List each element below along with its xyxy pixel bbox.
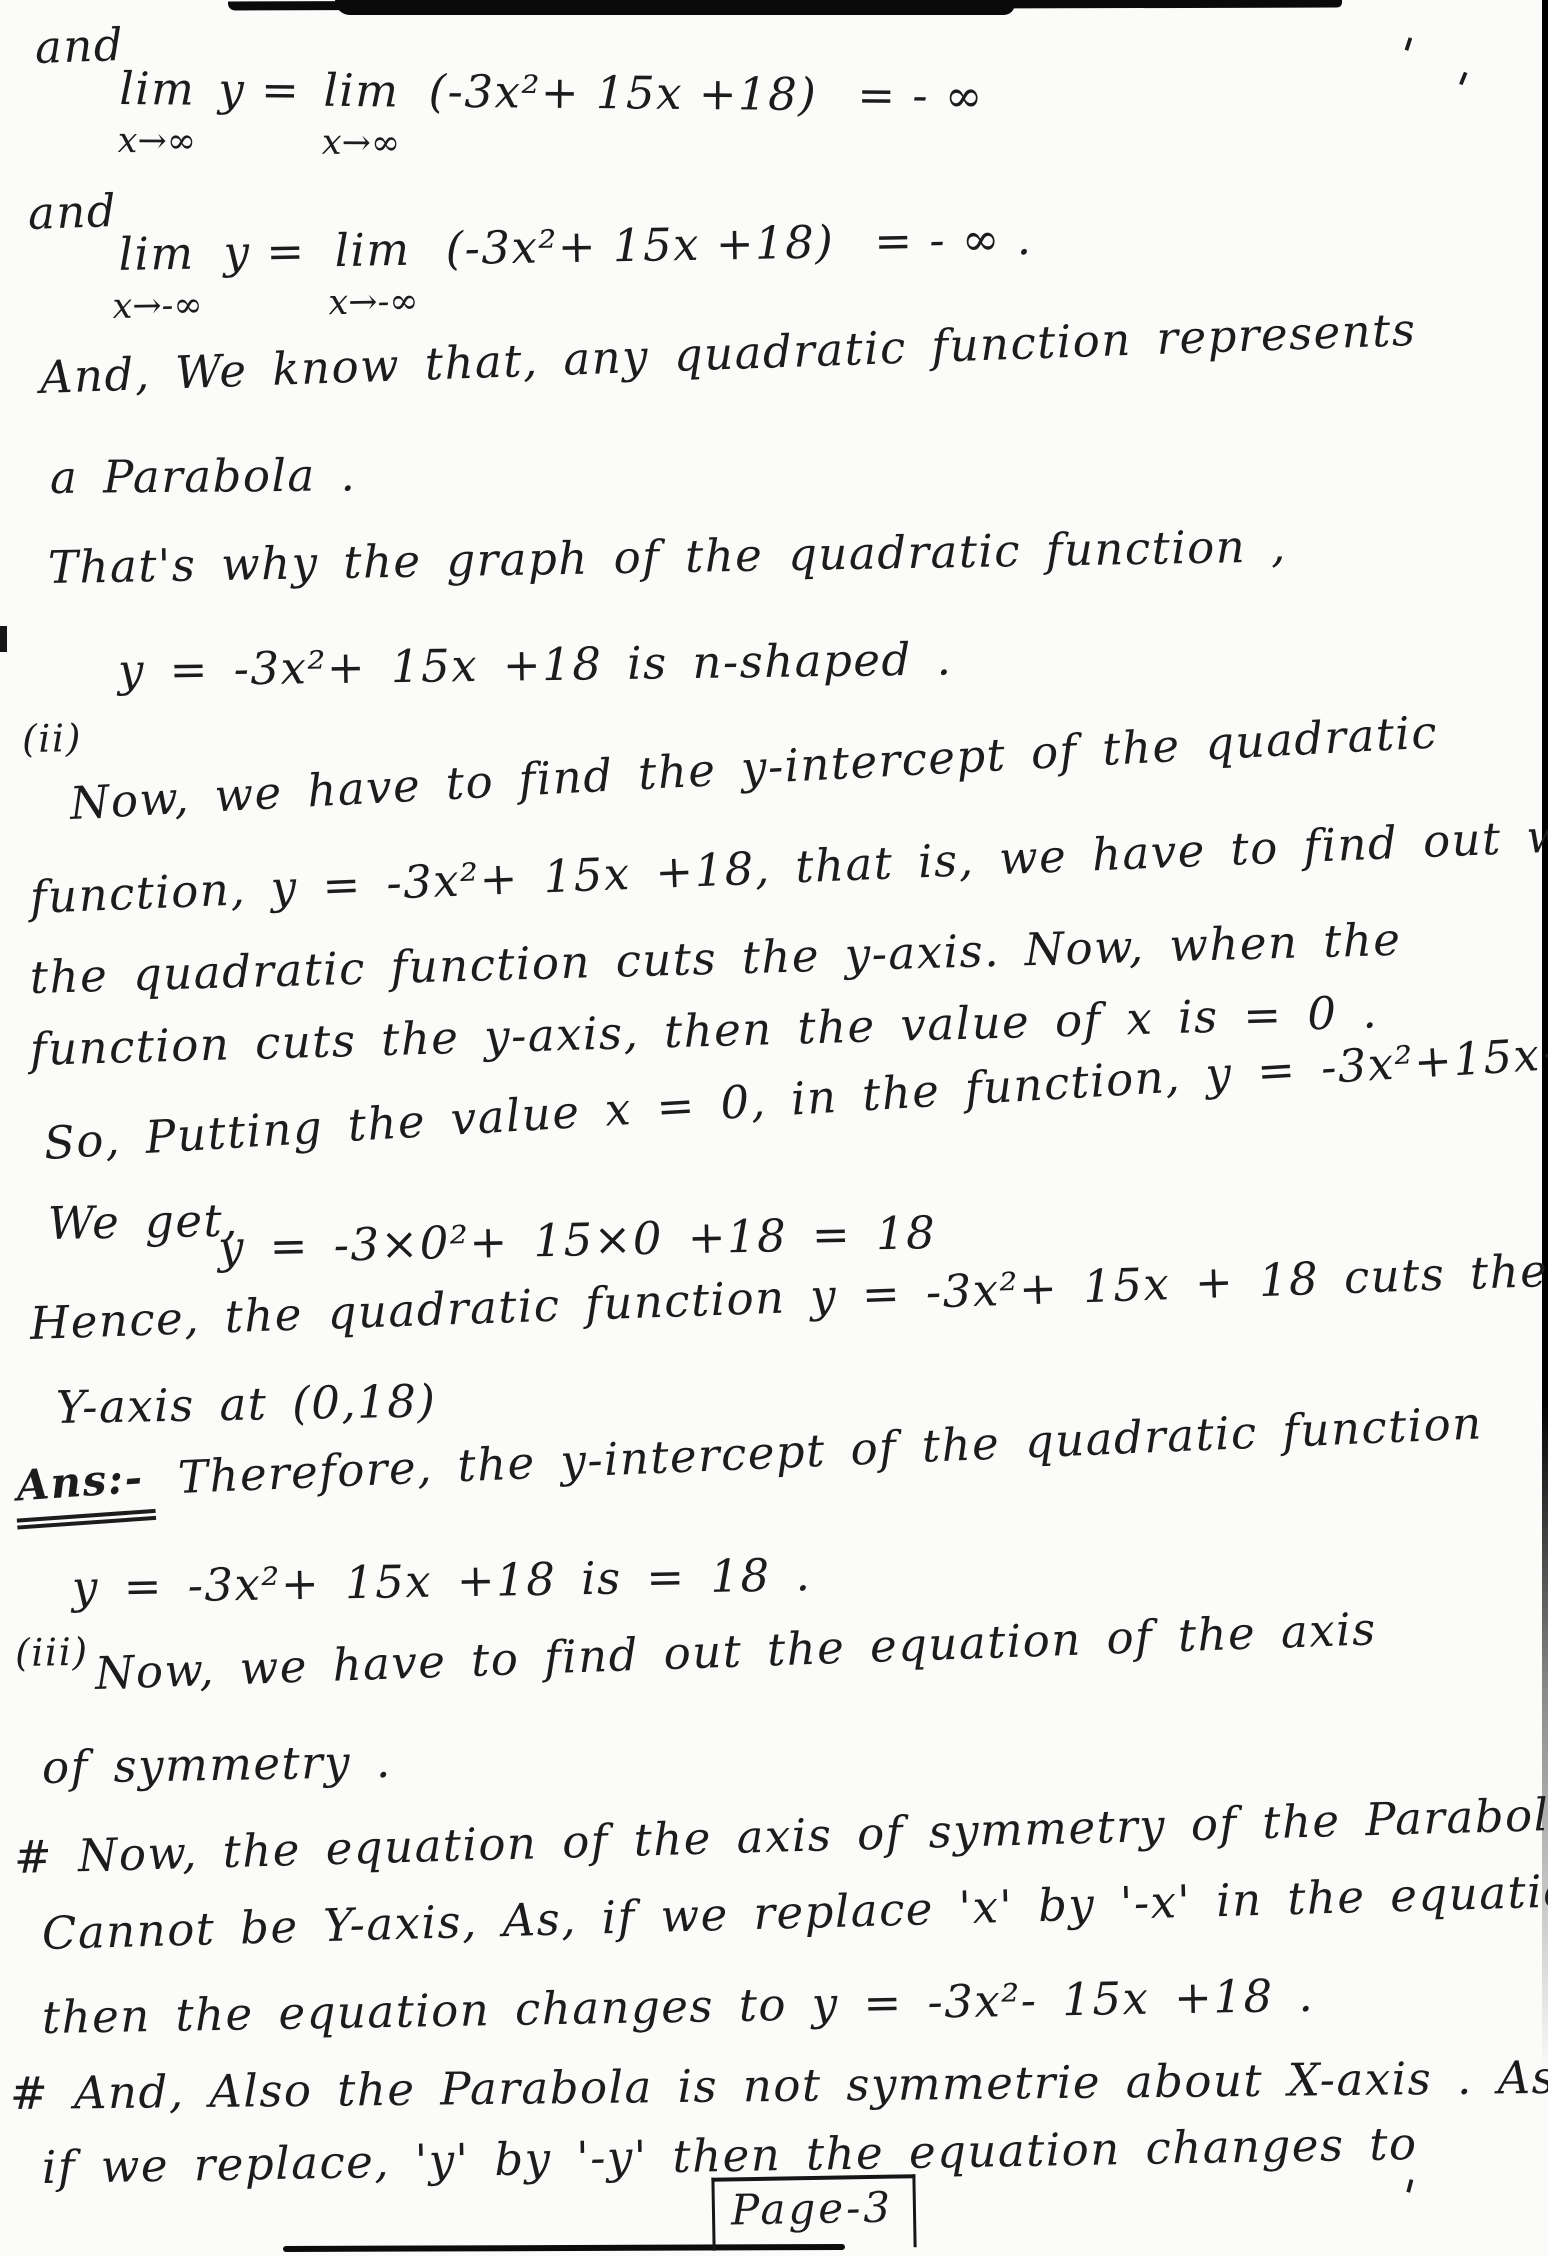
- limit-lhs: y =: [223, 225, 306, 279]
- limit-subscript: x→∞: [118, 121, 197, 162]
- stray-ink-mark: ': [1393, 2169, 1420, 2227]
- lim-symbol: lim: [118, 227, 195, 281]
- limit-subscript: x→∞: [322, 123, 401, 164]
- lim-symbol: lim: [323, 64, 399, 118]
- line-equation-changes-x: then the equation changes to y = -3x²- 1…: [42, 1970, 1315, 2044]
- limit-subscript: x→-∞: [328, 282, 419, 324]
- line-y-axis-at-point: Y-axis at (0,18): [56, 1375, 437, 1433]
- stray-ink-mark: ': [1442, 62, 1475, 119]
- quadratic-expression: (-3x²+ 15x +18): [428, 65, 817, 121]
- ans-label: Ans:-: [13, 1453, 157, 1530]
- limit-result: = - ∞: [857, 68, 984, 122]
- limit-expression-2: lim x→-∞ y = lim x→-∞ (-3x²+ 15x +18) = …: [111, 212, 1034, 327]
- limit-result: = - ∞ .: [874, 212, 1033, 268]
- scan-edge-top-bar-thick: [335, 0, 1015, 15]
- lim-symbol: lim: [119, 62, 195, 116]
- line-intercept-is-18: y = -3x²+ 15x +18 is = 18 .: [72, 1549, 812, 1614]
- stray-ink-mark: ': [1390, 27, 1420, 84]
- limit-expression-1: lim x→∞ y = lim x→∞ (-3x²+ 15x +18) = - …: [118, 62, 985, 169]
- line-find-axis-equation: Now, we have to find out the equation of…: [94, 1603, 1377, 1699]
- line-a-parabola: a Parabola .: [50, 449, 357, 503]
- page-number: Page-3: [711, 2174, 916, 2251]
- limit-operator-stack: lim x→-∞: [111, 226, 203, 327]
- quadratic-expression: (-3x²+ 15x +18): [445, 215, 835, 275]
- line-n-shaped: y = -3x²+ 15x +18 is n-shaped .: [118, 633, 953, 696]
- line-cannot-be-y-axis: Cannot be Y-axis, As, if we replace 'x' …: [41, 1864, 1548, 1959]
- scan-mark-left-edge: [0, 626, 7, 652]
- limit-operator-stack: lim x→-∞: [327, 223, 419, 324]
- line-not-symmetric-x-axis: # And, Also the Parabola is not symmetri…: [10, 2052, 1548, 2120]
- line-function-that-is: function, y = -3x²+ 15x +18, that is, we…: [29, 806, 1548, 924]
- limit-operator-stack: lim x→∞: [118, 62, 197, 162]
- limit-subscript: x→-∞: [112, 285, 203, 327]
- marker-ans: Ans:-: [14, 1454, 154, 1527]
- line-find-y-intercept: Now, we have to find the y-intercept of …: [69, 706, 1440, 829]
- line-thats-why: That's why the graph of the quadratic fu…: [48, 520, 1288, 593]
- marker-section-iii: (iii): [15, 1631, 89, 1676]
- line-substitution-result: y = -3×0²+ 15×0 +18 = 18: [217, 1207, 936, 1274]
- limit-operator-stack: lim x→∞: [322, 64, 401, 164]
- line-axis-symmetry-parabola: # Now, the equation of the axis of symme…: [13, 1788, 1548, 1883]
- word-and-2: and: [27, 185, 118, 240]
- limit-lhs: y =: [218, 63, 300, 117]
- lim-symbol: lim: [334, 223, 411, 277]
- marker-section-ii: (ii): [22, 717, 83, 762]
- word-and-1: and: [34, 19, 125, 74]
- line-we-get: We get,: [48, 1195, 240, 1250]
- line-of-symmetry: of symmetry .: [42, 1736, 393, 1794]
